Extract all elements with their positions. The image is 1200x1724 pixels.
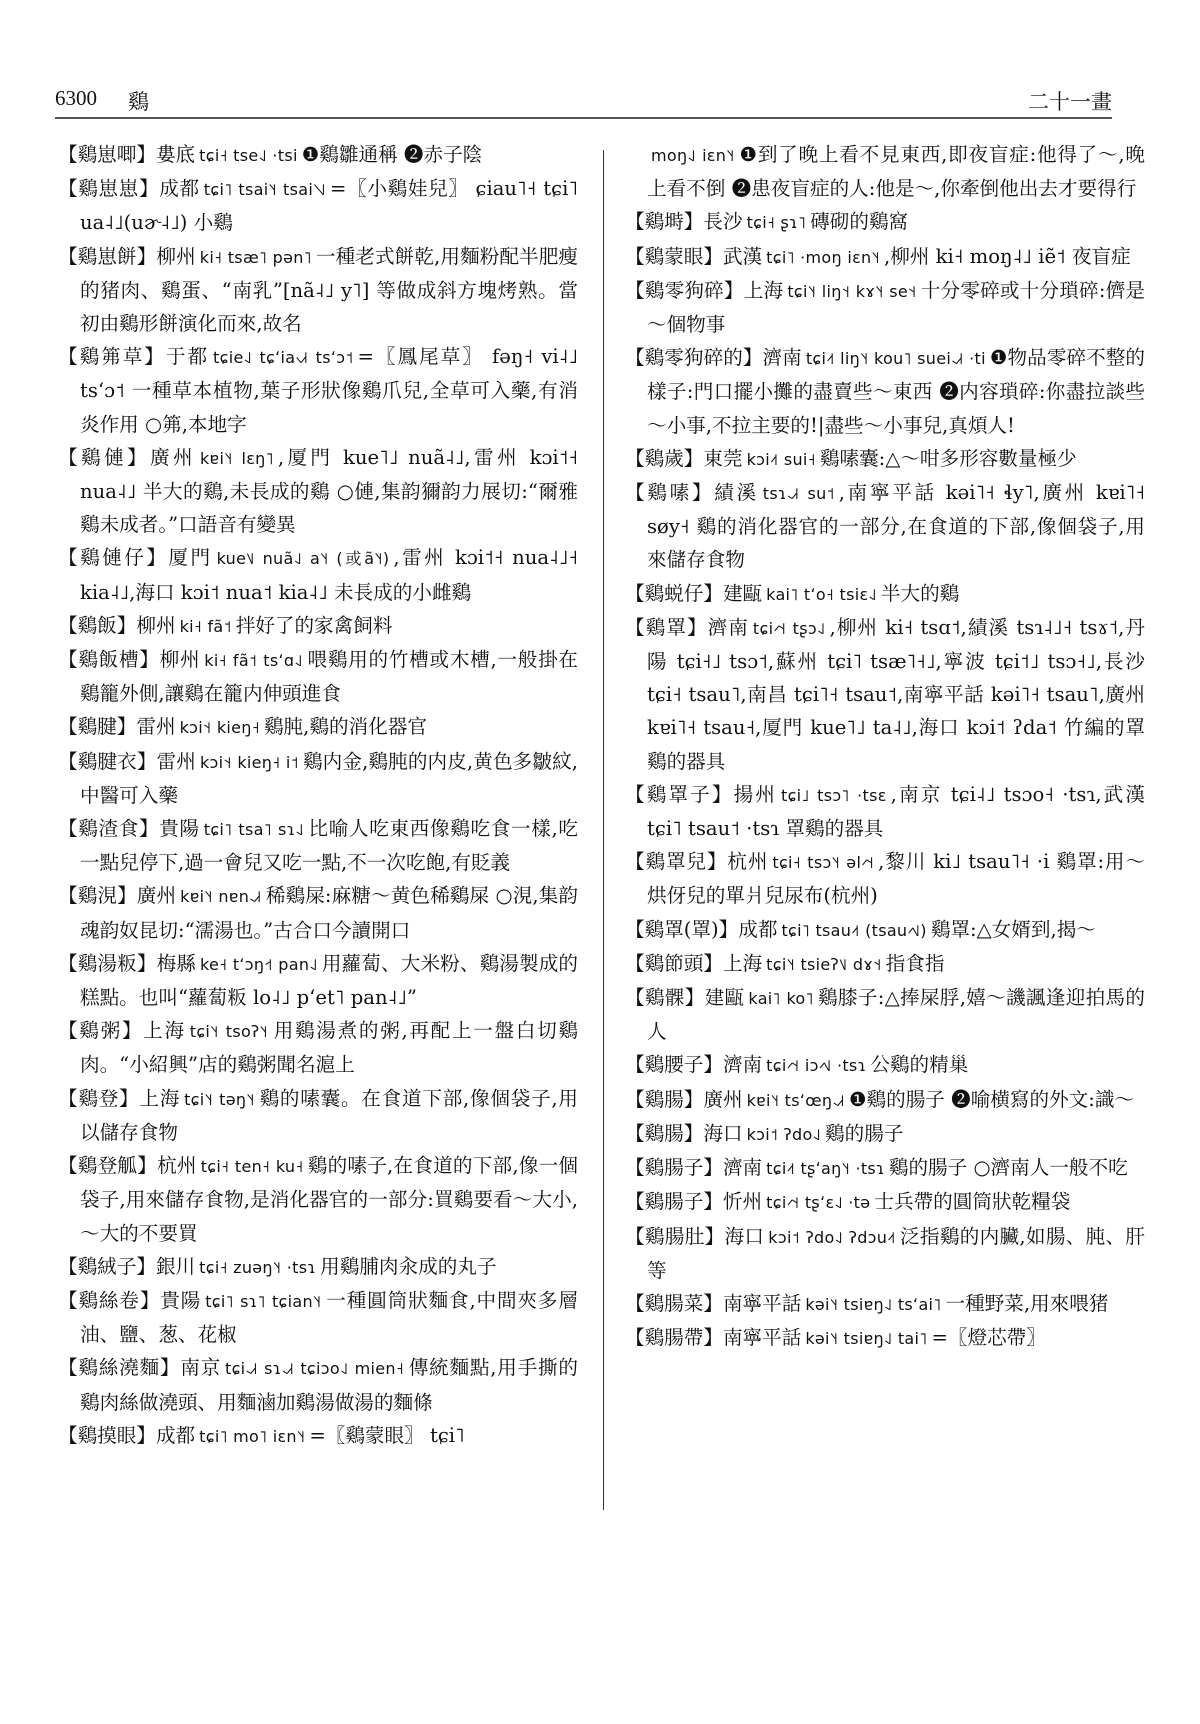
dictionary-entry: 【鷄腱】雷州kɔi˦˧ kieŋ˧鷄肫,鷄的消化器官 xyxy=(58,710,578,744)
entry-pronunciation: tɕi˩ tsɔ˥ ·tsɛ xyxy=(781,786,887,805)
entry-definition: 士兵帶的圓筒狀乾糧袋 xyxy=(874,1190,1070,1213)
entry-headword: 【鷄笰草】 xyxy=(58,345,166,368)
entry-headword: 【鷄腸】 xyxy=(625,1122,703,1145)
entry-definition: 用鷄脯肉汆成的丸子 xyxy=(320,1255,496,1278)
entry-pronunciation: kai˥ ko˥ xyxy=(748,989,813,1008)
dictionary-entry: 【鷄嗉】績溪tsɿ˨˩˧ su˦,南寧平話 kəi˥˧ ɬy˥,廣州 kɐi˥˧… xyxy=(625,476,1145,577)
dictionary-entry: 【鷄摸眼】成都tɕi˥ mo˥ iɛn˥˧=〖鷄蒙眼〗 tɕi˥ xyxy=(58,1419,578,1453)
entry-pronunciation: tɕi˧ ten˧ ku˧ xyxy=(201,1157,304,1176)
right-column: moŋ˨˩ iɛn˥˧❶到了晚上看不見東西,即夜盲症:他得了～,晚上看不倒 ❷患… xyxy=(625,138,1145,1355)
entry-headword: 【鷄罩兒】 xyxy=(625,850,727,873)
entry-pronunciation: ke˧ tʻɔŋ˧˦ pan˨˩ xyxy=(200,955,318,974)
entry-headword: 【鷄絲澆麵】 xyxy=(58,1356,180,1379)
entry-pronunciation: kɔi˨˦ sui˧ xyxy=(747,450,816,469)
dictionary-entry: 【鷄髁】建甌kai˥ ko˥鷄膝子:△捧屎脬,嬉～譏諷逢迎拍馬的人 xyxy=(625,981,1145,1048)
entry-headword: 【鷄罩(罩)】 xyxy=(625,918,738,941)
entry-pronunciation: tɕi˨˦ liŋ˥˧ kou˥ suei˨˩˧ ·ti xyxy=(806,349,986,368)
entry-pronunciation: kai˥ tʻo˧ tsiɛ˨˩ xyxy=(766,585,877,604)
entry-pronunciation: kɐi˥˧ lɛŋ˥ xyxy=(200,449,274,468)
entry-location: 柳州 xyxy=(156,245,195,268)
entry-definition: 鷄嗉囊:△～咁多形容數量極少 xyxy=(820,447,1077,470)
entry-location: 杭州 xyxy=(157,1154,197,1177)
entry-location: 成都 xyxy=(738,918,777,941)
entry-headword: 【鷄僆】 xyxy=(58,446,150,469)
entry-headword: 【鷄崽崽】 xyxy=(58,177,159,200)
dictionary-entry: 【鷄腱衣】雷州kɔi˦˧ kieŋ˧ i˦鷄内金,鷄肫的内皮,黄色多皺紋,中醫可… xyxy=(58,745,578,812)
entry-headword: 【鷄腸子】 xyxy=(625,1156,723,1179)
entry-definition: ❶鷄雛通稱 ❷赤子陰 xyxy=(302,143,483,166)
entry-pronunciation: tɕie˨˩ tɕʻia˧˩˧ tsʻɔ˦ xyxy=(213,348,353,367)
entry-location: 成都 xyxy=(159,177,200,200)
entry-pronunciation: tɕi˥ ·moŋ iɛn˥˧ xyxy=(766,248,880,267)
entry-pronunciation: tɕi˨˦˧ tʂɔ˨˩ xyxy=(753,619,826,638)
dictionary-entry: 【鷄飯槽】柳州ki˧ fã˦ tsʻɑ˨˩喂鷄用的竹槽或木槽,一般掛在鷄籠外側,… xyxy=(58,643,578,710)
entry-pronunciation: tɕi˧ tsɔ˥˧ əl˨˦˧ xyxy=(772,853,874,872)
entry-pronunciation: kɐi˥˧ nɐn˨˩˧ xyxy=(180,887,262,906)
entry-location: 上海 xyxy=(744,279,784,302)
entry-headword: 【鷄渣食】 xyxy=(58,817,159,840)
dictionary-entry: 【鷄湯粄】梅縣ke˧ tʻɔŋ˧˦ pan˨˩用蘿蔔、大米粉、鷄湯製成的糕點。也… xyxy=(58,947,578,1014)
entry-location: 廣州 xyxy=(703,1088,742,1111)
running-head-character: 鷄 xyxy=(128,86,149,116)
dictionary-entry: 【鷄罩】濟南tɕi˨˦˧ tʂɔ˨˩,柳州 ki˧ tsɑ˦,績溪 tsɿ˨˩˧… xyxy=(625,611,1145,778)
entry-headword: 【鷄崽唧】 xyxy=(58,143,156,166)
entry-location: 南京 xyxy=(180,1356,221,1379)
entry-pronunciation: tɕi˥˧ liŋ˦˧ kɤ˥˧ se˦˧ xyxy=(787,282,916,301)
stroke-count-label: 二十一畫 xyxy=(1028,86,1112,116)
entry-location: 雷州 xyxy=(136,715,175,738)
entry-pronunciation: kɔi˦˧ kieŋ˧ i˦ xyxy=(200,753,299,772)
entry-location: 濟南 xyxy=(708,616,749,639)
dictionary-entry: 【鷄蜕仔】建甌kai˥ tʻo˧ tsiɛ˨˩半大的鷄 xyxy=(625,577,1145,611)
entry-definition: ,柳州 ki˧ tsɑ˦,績溪 tsɿ˨˩˧ tsɤ˦,丹陽 tɕi˧˩ tsɔ… xyxy=(647,616,1145,773)
dictionary-entry: 【鷄僆】廣州kɐi˥˧ lɛŋ˥,厦門 kue˥˩ nuã˨˩,雷州 kɔi˦˧… xyxy=(58,441,578,542)
entry-headword: 【鷄腸帶】 xyxy=(625,1326,723,1349)
entry-headword: 【鷄蜕仔】 xyxy=(625,582,723,605)
entry-pronunciation: tɕi˥˧ tsoʔ˥˧ xyxy=(190,1022,268,1041)
page-number: 6300 xyxy=(55,86,97,111)
entry-headword: 【鷄髁】 xyxy=(625,986,705,1009)
entry-location: 忻州 xyxy=(723,1190,762,1213)
dictionary-entry: 【鷄蒙眼】武漢tɕi˥ ·moŋ iɛn˥˧,柳州 ki˧ moŋ˨˩ iẽ˦ … xyxy=(625,240,1145,274)
entry-location: 揚州 xyxy=(734,783,777,806)
entry-definition: 一種野菜,用來喂猪 xyxy=(945,1292,1108,1315)
entry-definition: 半大的鷄 xyxy=(881,582,959,605)
entry-location: 武漢 xyxy=(723,245,762,268)
entry-pronunciation: kɔi˦˧ kieŋ˧ xyxy=(180,718,260,737)
entry-definition: 指食指 xyxy=(886,952,945,975)
entry-headword: 【鷄腱】 xyxy=(58,715,136,738)
entry-headword: 【鷄湯粄】 xyxy=(58,952,157,975)
entry-pronunciation: kəi˥˧ tsiɐŋ˨˩ tsʻai˥ xyxy=(805,1295,941,1314)
dictionary-entry: 【鷄粥】上海tɕi˥˧ tsoʔ˥˧用鷄湯煮的粥,再配上一盤白切鷄肉。“小紹興”… xyxy=(58,1014,578,1081)
entry-headword: 【鷄粥】 xyxy=(58,1019,143,1042)
entry-pronunciation: kəi˥˧ tsiɐŋ˨˩ tai˥ xyxy=(805,1329,927,1348)
dictionary-entry: 【鷄笰草】于都tɕie˨˩ tɕʻia˧˩˧ tsʻɔ˦=〖鳳尾草〗 fəŋ˧ … xyxy=(58,340,578,441)
dictionary-entry: 【鷄腸】廣州kɐi˥˧ tsʻœŋ˨˩˧❶鷄的腸子 ❷喻横寫的外文:識～ xyxy=(625,1083,1145,1117)
entry-location: 廣州 xyxy=(150,446,196,469)
entry-pronunciation: tsɿ˨˩˧ su˦ xyxy=(763,484,835,503)
entry-pronunciation: kɔi˦ ʔdo˨˩ ʔdɔu˨˦ xyxy=(768,1228,895,1247)
entry-location: 南寧平話 xyxy=(723,1326,801,1349)
dictionary-entry: 【鷄腸肚】海口kɔi˦ ʔdo˨˩ ʔdɔu˨˦泛指鷄的内臟,如腸、肫、肝等 xyxy=(625,1220,1145,1287)
dictionary-entry: 【鷄登】上海tɕi˥˧ təŋ˥˧鷄的嗉囊。在食道下部,像個袋子,用以儲存食物 xyxy=(58,1082,578,1149)
dictionary-entry: 【鷄節頭】上海tɕi˥˧ tsieʔ˥˩ dɤ˦˧指食指 xyxy=(625,947,1145,981)
entry-location: 梅縣 xyxy=(157,952,196,975)
entry-definition: ,柳州 ki˧ moŋ˨˩ iẽ˦ 夜盲症 xyxy=(884,245,1131,268)
entry-pronunciation: tɕi˥ tsa˥ sɿ˨˩ xyxy=(204,820,304,839)
entry-location: 于都 xyxy=(166,345,209,368)
entry-location: 銀川 xyxy=(156,1255,195,1278)
entry-pronunciation: tɕi˥ mo˥ iɛn˥˧ xyxy=(199,1427,305,1446)
left-column: 【鷄崽唧】婁底tɕi˧ tse˨˩ ·tsi❶鷄雛通稱 ❷赤子陰【鷄崽崽】成都t… xyxy=(58,138,578,1453)
entry-headword: 【鷄嗉】 xyxy=(625,481,714,504)
entry-headword: 【鷄蒙眼】 xyxy=(625,245,723,268)
entry-headword: 【鷄罩子】 xyxy=(625,783,734,806)
entry-location: 柳州 xyxy=(136,614,175,637)
entry-pronunciation: kue˥˩ nuã˨˩ a˥˧ (或ã˥˧) xyxy=(217,549,390,568)
entry-headword: 【鷄絨子】 xyxy=(58,1255,156,1278)
dictionary-entry: 【鷄崽餅】柳州ki˧ tsæ˥ pən˥一種老式餅乾,用麵粉配半肥瘦的猪肉、鷄蛋… xyxy=(58,240,578,341)
dictionary-entry: 【鷄腸子】忻州tɕi˨˦˧ tʂʻɛ˨˩ ·tə士兵帶的圓筒狀乾糧袋 xyxy=(625,1185,1145,1219)
entry-location: 雷州 xyxy=(157,750,196,773)
entry-pronunciation: tɕi˥ tsau˨˦ (tsau˨˦˩) xyxy=(781,921,926,940)
dictionary-entry: 【鷄塒】長沙tɕi˧ ʂɿ˥磚砌的鷄窩 xyxy=(625,205,1145,239)
entry-definition: 鷄的腸子 xyxy=(825,1122,903,1145)
entry-pronunciation: tɕi˧ zuəŋ˥˧ ·tsɿ xyxy=(199,1258,316,1277)
entry-headword: 【鷄腸肚】 xyxy=(625,1225,725,1248)
entry-pronunciation: tɕi˨˦ tʂʻaŋ˥˧ ·tsɿ xyxy=(766,1159,885,1178)
entry-headword: 【鷄僆仔】 xyxy=(58,546,168,569)
dictionary-entry: 【鷄涀】廣州kɐi˥˧ nɐn˨˩˧稀鷄屎:麻糖～黄色稀鷄屎 ○涀,集韵魂韵奴昆… xyxy=(58,879,578,946)
entry-pronunciation: ki˧ fã˦ tsʻɑ˨˩ xyxy=(204,651,303,670)
entry-location: 廣州 xyxy=(137,884,176,907)
dictionary-entry: 【鷄僆仔】厦門kue˥˩ nuã˨˩ a˥˧ (或ã˥˧),雷州 kɔi˦˧ n… xyxy=(58,541,578,608)
entry-pronunciation: moŋ˨˩ iɛn˥˧ xyxy=(651,146,735,165)
entry-location: 建甌 xyxy=(723,582,762,605)
dictionary-entry: 【鷄登觚】杭州tɕi˧ ten˧ ku˧鷄的嗉子,在食道的下部,像一個袋子,用來… xyxy=(58,1149,578,1250)
entry-location: 杭州 xyxy=(727,850,768,873)
entry-headword: 【鷄罩】 xyxy=(625,616,708,639)
entry-headword: 【鷄登】 xyxy=(58,1087,139,1110)
entry-location: 上海 xyxy=(723,952,762,975)
entry-headword: 【鷄涀】 xyxy=(58,884,137,907)
entry-headword: 【鷄腸】 xyxy=(625,1088,703,1111)
entry-pronunciation: tɕi˥˧ tsieʔ˥˩ dɤ˦˧ xyxy=(766,955,882,974)
entry-location: 建甌 xyxy=(705,986,745,1009)
entry-pronunciation: ki˧ fã˦ xyxy=(180,617,232,636)
entry-definition: =〖燈芯帶〗 xyxy=(931,1326,1045,1349)
entry-location: 上海 xyxy=(139,1087,180,1110)
dictionary-entry: 【鷄罩兒】杭州tɕi˧ tsɔ˥˧ əl˨˦˧,黎川 ki˩ tsau˥˧ ·i… xyxy=(625,845,1145,912)
entry-location: 婁底 xyxy=(156,143,195,166)
entry-headword: 【鷄飯】 xyxy=(58,614,136,637)
entry-definition: 磚砌的鷄窩 xyxy=(810,210,908,233)
entry-headword: 【鷄節頭】 xyxy=(625,952,723,975)
entry-location: 長沙 xyxy=(703,210,742,233)
dictionary-entry: 【鷄零狗碎】上海tɕi˥˧ liŋ˦˧ kɤ˥˧ se˦˧十分零碎或十分瑣碎:儕… xyxy=(625,274,1145,341)
entry-headword: 【鷄腸子】 xyxy=(625,1190,723,1213)
entry-pronunciation: tɕi˨˩˧ sɿ˨˩˧ tɕiɔo˨˩ mien˧ xyxy=(225,1359,404,1378)
dictionary-entry: 【鷄腸】海口kɔi˦ ʔdo˨˩鷄的腸子 xyxy=(625,1117,1145,1151)
dictionary-entry: 【鷄歲】東莞kɔi˨˦ sui˧鷄嗉囊:△～咁多形容數量極少 xyxy=(625,442,1145,476)
entry-headword: 【鷄腰子】 xyxy=(625,1053,723,1076)
dictionary-entry: 【鷄零狗碎的】濟南tɕi˨˦ liŋ˥˧ kou˥ suei˨˩˧ ·ti❶物品… xyxy=(625,341,1145,442)
entry-headword: 【鷄登觚】 xyxy=(58,1154,157,1177)
entry-location: 上海 xyxy=(143,1019,186,1042)
dictionary-entry: 【鷄飯】柳州ki˧ fã˦拌好了的家禽飼料 xyxy=(58,609,578,643)
entry-definition: 鷄的腸子 ○濟南人一般不吃 xyxy=(889,1156,1128,1179)
entry-location: 東莞 xyxy=(703,447,742,470)
entry-pronunciation: tɕi˨˦˧ tʂʻɛ˨˩ ·tə xyxy=(766,1193,870,1212)
entry-pronunciation: tɕi˥˧ təŋ˥˧ xyxy=(184,1090,255,1109)
entry-location: 成都 xyxy=(156,1424,195,1447)
dictionary-entry: 【鷄腸菜】南寧平話kəi˥˧ tsiɐŋ˨˩ tsʻai˥一種野菜,用來喂猪 xyxy=(625,1287,1145,1321)
dictionary-entry: 【鷄崽唧】婁底tɕi˧ tse˨˩ ·tsi❶鷄雛通稱 ❷赤子陰 xyxy=(58,138,578,172)
entry-headword: 【鷄腱衣】 xyxy=(58,750,157,773)
dictionary-entry: 【鷄崽崽】成都tɕi˥ tsai˥˧ tsai˥˧˩=〖小鷄娃兒〗 ɕiau˥˧… xyxy=(58,172,578,239)
entry-headword: 【鷄絲卷】 xyxy=(58,1289,160,1312)
dictionary-entry: 【鷄絨子】銀川tɕi˧ zuəŋ˥˧ ·tsɿ用鷄脯肉汆成的丸子 xyxy=(58,1250,578,1284)
header-rule xyxy=(55,117,1112,119)
dictionary-entry: 【鷄罩子】揚州tɕi˩ tsɔ˥ ·tsɛ,南京 tɕi˨˩ tsɔo˧ ·ts… xyxy=(625,778,1145,845)
entry-definition: 鷄肫,鷄的消化器官 xyxy=(264,715,427,738)
entry-pronunciation: tɕi˥ tsai˥˧ tsai˥˧˩ xyxy=(204,180,326,199)
entry-location: 貴陽 xyxy=(159,817,200,840)
entry-pronunciation: tɕi˥ sɿ˥ tɕian˥˧ xyxy=(205,1292,321,1311)
entry-pronunciation: tɕi˧ ʂɿ˥ xyxy=(747,213,807,232)
entry-location: 柳州 xyxy=(160,648,201,671)
entry-location: 南寧平話 xyxy=(723,1292,801,1315)
dictionary-entry: 【鷄腰子】濟南tɕi˨˦˧ iɔ˨˦˩ ·tsɿ公鷄的精巢 xyxy=(625,1048,1145,1082)
entry-headword: 【鷄崽餅】 xyxy=(58,245,156,268)
entry-pronunciation: tɕi˧ tse˨˩ ·tsi xyxy=(199,146,298,165)
dictionary-entry: 【鷄腸子】濟南tɕi˨˦ tʂʻaŋ˥˧ ·tsɿ鷄的腸子 ○濟南人一般不吃 xyxy=(625,1151,1145,1185)
entry-definition: =〖鷄蒙眼〗 tɕi˥ xyxy=(309,1424,464,1447)
entry-location: 濟南 xyxy=(763,346,802,369)
entry-headword: 【鷄飯槽】 xyxy=(58,648,160,671)
entry-location: 濟南 xyxy=(723,1156,762,1179)
dictionary-entry: 【鷄渣食】貴陽tɕi˥ tsa˥ sɿ˨˩比喻人吃東西像鷄吃食一樣,吃一點兒停下… xyxy=(58,812,578,879)
entry-definition: 公鷄的精巢 xyxy=(870,1053,968,1076)
entry-headword: 【鷄零狗碎的】 xyxy=(625,346,763,369)
entry-headword: 【鷄零狗碎】 xyxy=(625,279,744,302)
entry-headword: 【鷄塒】 xyxy=(625,210,703,233)
dictionary-entry: 【鷄腸帶】南寧平話kəi˥˧ tsiɐŋ˨˩ tai˥=〖燈芯帶〗 xyxy=(625,1321,1145,1355)
entry-location: 厦門 xyxy=(168,546,212,569)
dictionary-entry: moŋ˨˩ iɛn˥˧❶到了晚上看不見東西,即夜盲症:他得了～,晚上看不倒 ❷患… xyxy=(625,138,1145,205)
entry-pronunciation: kɐi˥˧ tsʻœŋ˨˩˧ xyxy=(747,1091,845,1110)
page-header: 6300 鷄 二十一畫 xyxy=(55,76,1112,116)
dictionary-entry: 【鷄絲卷】貴陽tɕi˥ sɿ˥ tɕian˥˧一種圓筒狀麵食,中間夾多層油、鹽、… xyxy=(58,1284,578,1351)
entry-pronunciation: ki˧ tsæ˥ pən˥ xyxy=(200,248,312,267)
entry-headword: 【鷄摸眼】 xyxy=(58,1424,156,1447)
entry-pronunciation: kɔi˦ ʔdo˨˩ xyxy=(747,1125,821,1144)
entry-definition: 鷄罩:△女婿到,揭～ xyxy=(931,918,1096,941)
entry-definition: 拌好了的家禽飼料 xyxy=(236,614,393,637)
entry-location: 濟南 xyxy=(723,1053,762,1076)
entry-headword: 【鷄腸菜】 xyxy=(625,1292,723,1315)
entry-location: 績溪 xyxy=(714,481,759,504)
dictionary-entry: 【鷄罩(罩)】成都tɕi˥ tsau˨˦ (tsau˨˦˩)鷄罩:△女婿到,揭～ xyxy=(625,913,1145,947)
column-divider xyxy=(603,150,604,1510)
entry-location: 海口 xyxy=(703,1122,742,1145)
entry-location: 海口 xyxy=(725,1225,765,1248)
dictionary-entry: 【鷄絲澆麵】南京tɕi˨˩˧ sɿ˨˩˧ tɕiɔo˨˩ mien˧傳統麵點,用… xyxy=(58,1351,578,1418)
entry-headword: 【鷄歲】 xyxy=(625,447,703,470)
entry-location: 貴陽 xyxy=(160,1289,201,1312)
entry-pronunciation: tɕi˨˦˧ iɔ˨˦˩ ·tsɿ xyxy=(766,1056,866,1075)
entry-definition: ❶鷄的腸子 ❷喻横寫的外文:識～ xyxy=(849,1088,1134,1111)
